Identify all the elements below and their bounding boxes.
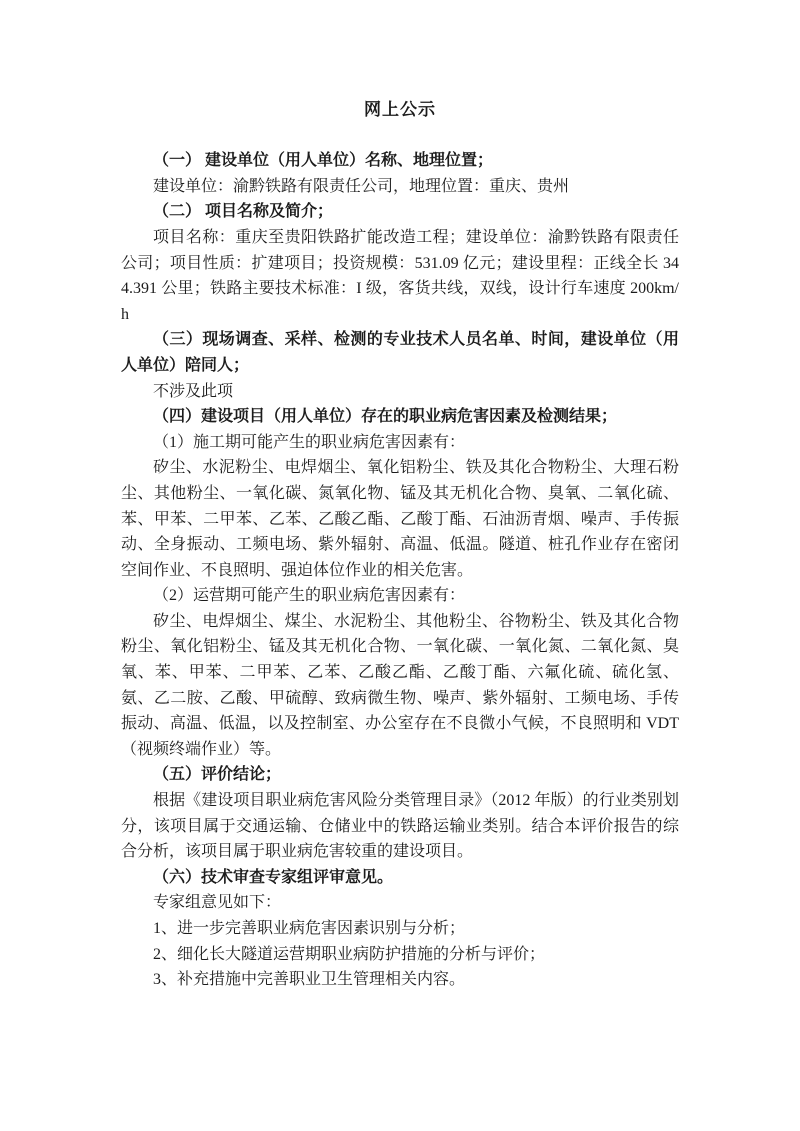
expert-opinion-item-3: 3、补充措施中完善职业卫生管理相关内容。 xyxy=(121,967,679,993)
section-1-heading: （一） 建设单位（用人单位）名称、地理位置； xyxy=(121,148,679,174)
project-intro-paragraph: 项目名称：重庆至贵阳铁路扩能改造工程；建设单位：渝黔铁路有限责任公司；项目性质：… xyxy=(121,225,679,327)
operation-period-factors: 矽尘、电焊烟尘、煤尘、水泥粉尘、其他粉尘、谷物粉尘、铁及其化合物粉尘、氧化铝粉尘… xyxy=(121,609,679,763)
document-title: 网上公示 xyxy=(121,97,679,123)
section-3-heading: （三）现场调查、采样、检测的专业技术人员名单、时间，建设单位（用人单位）陪同人； xyxy=(121,327,679,378)
construction-period-factors: 矽尘、水泥粉尘、电焊烟尘、氧化铝粉尘、铁及其化合物粉尘、大理石粉尘、其他粉尘、一… xyxy=(121,455,679,583)
operation-period-lead: （2）运营期可能产生的职业病危害因素有： xyxy=(121,583,679,609)
document-content: 网上公示 （一） 建设单位（用人单位）名称、地理位置； 建设单位：渝黔铁路有限责… xyxy=(121,97,679,993)
not-involved-paragraph: 不涉及此项 xyxy=(121,379,679,405)
section-5-heading: （五）评价结论； xyxy=(121,762,679,788)
section-4-heading: （四）建设项目（用人单位）存在的职业病危害因素及检测结果； xyxy=(121,404,679,430)
section-6-heading: （六）技术审查专家组评审意见。 xyxy=(121,865,679,891)
expert-opinions-lead: 专家组意见如下： xyxy=(121,890,679,916)
section-2-heading: （二） 项目名称及简介； xyxy=(121,199,679,225)
construction-period-lead: （1）施工期可能产生的职业病危害因素有： xyxy=(121,430,679,456)
construction-unit-paragraph: 建设单位：渝黔铁路有限责任公司，地理位置：重庆、贵州 xyxy=(121,174,679,200)
document-page: 网上公示 （一） 建设单位（用人单位）名称、地理位置； 建设单位：渝黔铁路有限责… xyxy=(0,0,800,1131)
evaluation-conclusion-paragraph: 根据《建设项目职业病危害风险分类管理目录》（2012 年版）的行业类别划分，该项… xyxy=(121,788,679,865)
expert-opinion-item-2: 2、细化长大隧道运营期职业病防护措施的分析与评价； xyxy=(121,942,679,968)
expert-opinion-item-1: 1、进一步完善职业病危害因素识别与分析； xyxy=(121,916,679,942)
